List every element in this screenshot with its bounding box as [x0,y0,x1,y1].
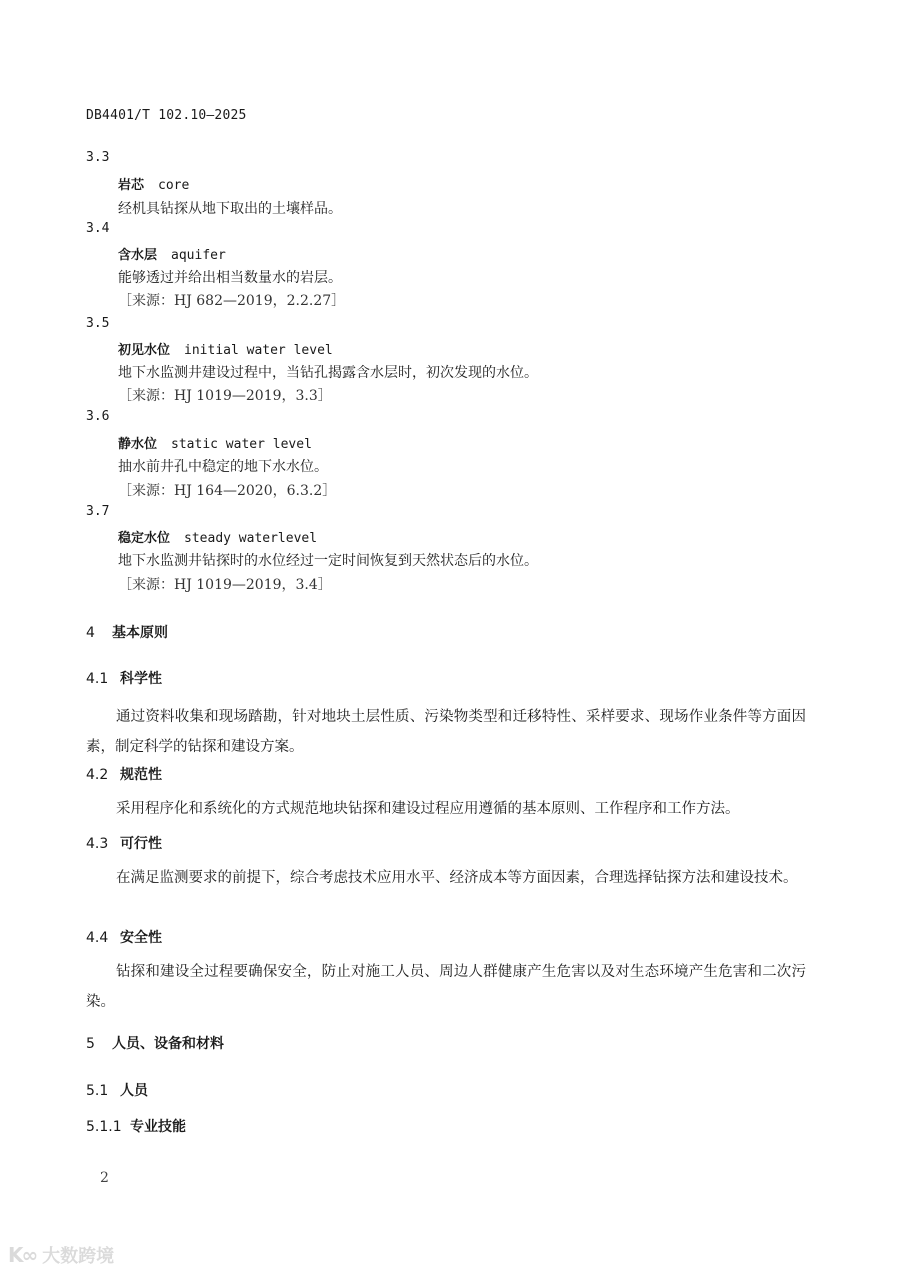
term-title-zh: 初见水位 [118,343,170,358]
term-title-en: steady waterlevel [184,531,317,546]
term-title-zh: 静水位 [118,437,157,452]
section-heading-4-2: 4.2规范性 [86,764,162,784]
section-heading-4-1: 4.1科学性 [86,668,162,688]
watermark-brand-text: 大数跨境 [42,1242,114,1268]
term-definition: 地下水监测井建设过程中，当钻孔揭露含水层时，初次发现的水位。 [118,362,538,382]
term-source: ［来源：HJ 1019—2019，3.3］ [118,385,332,405]
section-heading-4-3: 4.3可行性 [86,833,162,853]
page-number: 2 [100,1170,109,1186]
section-heading-4-4: 4.4安全性 [86,927,162,947]
section-paragraph-4-3: 在满足监测要求的前提下，综合考虑技术应用水平、经济成本等方面因素，合理选择钻探方… [86,863,806,893]
section-heading-4: 4基本原则 [86,622,168,642]
section-heading-5-1: 5.1人员 [86,1080,148,1100]
term-title: 含水层aquifer [118,244,226,263]
section-paragraph-4-2: 采用程序化和系统化的方式规范地块钻探和建设过程应用遵循的基本原则、工作程序和工作… [86,794,806,824]
term-source: ［来源：HJ 682—2019，2.2.27］ [118,290,345,310]
term-title: 初见水位initial water level [118,339,333,358]
term-number: 3.4 [86,221,109,236]
term-title: 静水位static water level [118,433,312,452]
term-number: 3.6 [86,409,109,424]
section-paragraph-4-1: 通过资料收集和现场踏勘，针对地块土层性质、污染物类型和迁移特性、采样要求、现场作… [86,702,806,762]
watermark-logo-icon: K∞ [8,1243,36,1267]
term-title: 稳定水位steady waterlevel [118,527,317,546]
term-number: 3.3 [86,150,109,165]
term-definition: 地下水监测井钻探时的水位经过一定时间恢复到天然状态后的水位。 [118,550,538,570]
term-title-zh: 岩芯 [118,178,144,193]
watermark: K∞ 大数跨境 [8,1242,114,1268]
term-title-en: static water level [171,437,312,452]
term-definition: 经机具钻探从地下取出的土壤样品。 [118,198,342,218]
term-title: 岩芯core [118,174,189,193]
term-title-en: core [158,178,189,193]
section-heading-5: 5人员、设备和材料 [86,1033,224,1053]
term-definition: 抽水前井孔中稳定的地下水水位。 [118,456,328,476]
term-definition: 能够透过并给出相当数量水的岩层。 [118,267,342,287]
term-source: ［来源：HJ 164—2020，6.3.2］ [118,480,336,500]
term-number: 3.7 [86,504,109,519]
term-title-en: initial water level [184,343,333,358]
section-heading-5-1-1: 5.1.1专业技能 [86,1116,186,1136]
section-paragraph-4-4: 钻探和建设全过程要确保安全，防止对施工人员、周边人群健康产生危害以及对生态环境产… [86,957,806,1017]
term-title-en: aquifer [171,248,226,263]
term-title-zh: 稳定水位 [118,531,170,546]
document-code-header: DB4401/T 102.10—2025 [86,108,247,123]
term-source: ［来源：HJ 1019—2019，3.4］ [118,574,332,594]
term-title-zh: 含水层 [118,248,157,263]
term-number: 3.5 [86,316,109,331]
